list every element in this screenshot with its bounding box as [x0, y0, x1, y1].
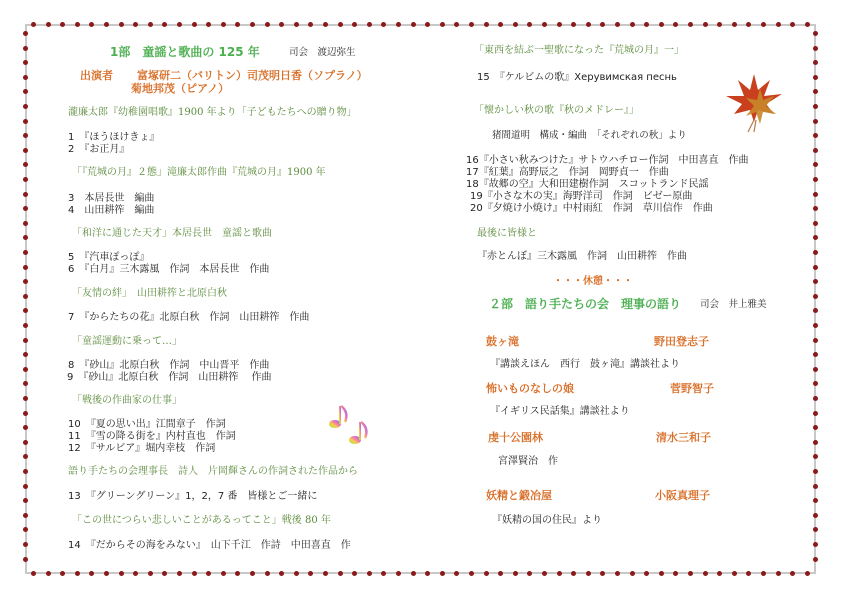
program-item: 2 『お正月』 [68, 145, 129, 155]
section-subheading: 猪間道明 構成・編曲 「それぞれの秋」より [492, 131, 687, 141]
program-item: 3 本居長世 編曲 [68, 194, 154, 204]
maple-leaf-icon [724, 70, 786, 134]
part2-title: ２部 語り手たちの会 理事の語り [489, 298, 681, 310]
story-title: 妖精と鍛冶屋 [486, 490, 552, 501]
performers-line2: 菊地邦茂（ピアノ） [131, 83, 229, 94]
section-heading: 「戦後の作曲家の仕事」 [72, 396, 182, 406]
program-item: 15 『ケルビムの歌』Херувимская песнь [477, 73, 677, 83]
story-source: 『妖精の国の住民』より [492, 516, 602, 526]
story-title: 怖いものなしの娘 [486, 383, 574, 394]
story-teller: 菅野智子 [670, 383, 714, 394]
section-heading: 語り手たちの会理事長 詩人 片岡輝さんの作詞された作品から [68, 467, 358, 477]
program-item: 8 『砂山』北原白秋 作詞 中山晋平 作曲 [68, 361, 269, 371]
music-notes-icon [325, 400, 375, 450]
story-title: 虔十公園林 [488, 432, 543, 443]
part1-host: 司会 渡辺弥生 [289, 48, 356, 58]
performers-line1: 富塚研二（バリトン）司茂明日香（ソプラノ） [137, 70, 368, 81]
story-teller: 小阪真理子 [655, 490, 710, 501]
program-item: 『赤とんぼ』三木露風 作詞 山田耕筰 作曲 [477, 252, 687, 262]
program-item: 17『紅葉』高野辰之 作詞 岡野貞一 作曲 [466, 168, 669, 178]
program-item: 6 『白月』三木露風 作詞 本居長世 作曲 [68, 265, 269, 275]
section-heading: 「東西を結ぶ一聖歌になった『荒城の月』一」 [474, 46, 684, 56]
section-heading: 「この世につらい悲しいことがあるってこと」戦後 80 年 [72, 516, 331, 526]
program-item: 4 山田耕筰 編曲 [68, 206, 154, 216]
program-item: 9 『砂山』北原白秋 作詞 山田耕筰 作曲 [67, 373, 272, 383]
section-heading: 最後に皆様と [477, 229, 537, 239]
part2-host: 司会 井上雅美 [700, 300, 767, 310]
story-source: 宮澤賢治 作 [498, 457, 558, 467]
program-item: 16『小さい秋みつけた』サトウハチロー作詞 中田喜直 作曲 [466, 156, 749, 166]
intermission-label: ・・・休憩・・・ [553, 277, 633, 287]
program-item: 5 『汽車ぽっぽ』 [68, 253, 149, 263]
program-item: 7 『からたちの花』北原白秋 作詞 山田耕筰 作曲 [68, 313, 309, 323]
program-item: 12 『サルビア』堀内幸枝 作詞 [68, 444, 215, 454]
program-item: 14 『だからその海をみない』 山下千江 作詩 中田喜直 作 [68, 541, 351, 551]
program-item: 19『小さな木の実』海野洋司 作詞 ビゼー原曲 [470, 192, 692, 202]
story-source: 『講談えほん 西行 鼓ヶ滝』講談社より [490, 360, 680, 370]
story-title: 鼓ヶ滝 [486, 336, 519, 347]
program-item: 1 『ほうほけきょ』 [68, 133, 159, 143]
section-heading: 「和洋に通じた天才」本居長世 童謡と歌曲 [72, 229, 272, 239]
performers-label: 出演者 [80, 70, 113, 81]
story-teller: 清水三和子 [656, 432, 711, 443]
section-heading: 「童謡運動に乗って…」 [72, 337, 182, 347]
story-teller: 野田登志子 [654, 336, 709, 347]
section-heading: 「友情の絆」 山田耕筰と北原白秋 [72, 289, 227, 299]
program-item: 11 『雪の降る街を』内村直也 作詞 [68, 432, 236, 442]
program-item: 20『夕焼け小焼け』中村雨紅 作詞 草川信作 作曲 [470, 204, 713, 214]
section-heading: 「懐かしい秋の歌『秋のメドレー』」 [474, 106, 639, 116]
part1-title: 1部 童謡と歌曲の 125 年 [110, 46, 260, 58]
program-item: 10 『夏の思い出』江間章子 作詞 [68, 420, 226, 430]
section-heading: 「『荒城の月』２態」滝廉太郎作曲『荒城の月』1900 年 [72, 168, 326, 178]
program-item: 13 『グリーングリーン』1，2，7 番 皆様とご一緒に [68, 492, 317, 502]
program-item: 18『故郷の空』大和田建樹作詞 スコットランド民謡 [466, 180, 709, 190]
section-heading: 瀧廉太郎『幼稚園唱歌』1900 年より「子どもたちへの贈り物」 [68, 108, 357, 118]
story-source: 『イギリス民話集』講談社より [490, 407, 630, 417]
